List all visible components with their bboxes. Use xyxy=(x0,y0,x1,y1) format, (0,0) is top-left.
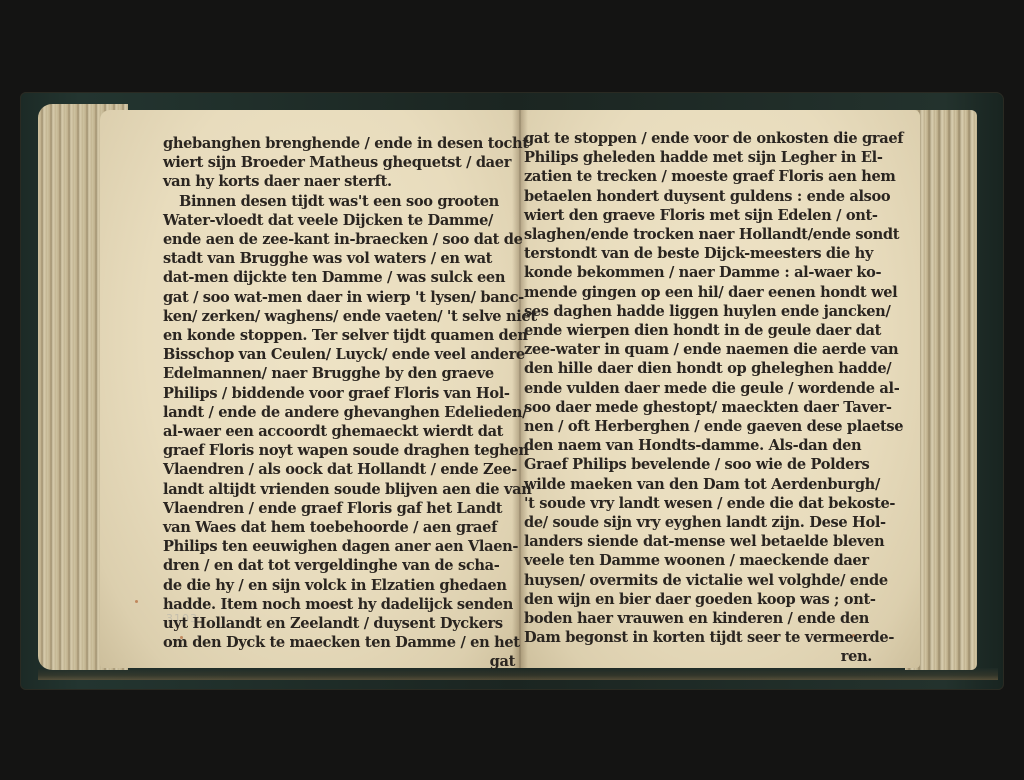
text-line: Philips / biddende voor graef Floris van… xyxy=(163,384,515,403)
text-line: Philips ten eeuwighen dagen aner aen Vla… xyxy=(163,537,515,556)
text-line: Dam begonst in korten tijdt seer te verm… xyxy=(524,628,872,647)
text-line: van hy korts daer naer sterft. xyxy=(163,172,515,191)
text-line: Water-vloedt dat veele Dijcken te Damme/ xyxy=(163,211,515,230)
text-line: ses daghen hadde liggen huylen ende janc… xyxy=(524,302,872,321)
text-line: de/ soude sijn vry eyghen landt zijn. De… xyxy=(524,513,872,532)
text-line: mende gingen op een hil/ daer eenen hond… xyxy=(524,283,872,302)
text-line: betaelen hondert duysent guldens : ende … xyxy=(524,187,872,206)
text-line: veele ten Damme woonen / maeckende daer xyxy=(524,551,872,570)
text-line: Binnen desen tijdt was't een soo grooten xyxy=(163,192,515,211)
text-line: landt altijdt vrienden soude blijven aen… xyxy=(163,480,515,499)
text-line: Graef Philips bevelende / soo wie de Pol… xyxy=(524,455,872,474)
text-line: landt / ende de andere ghevanghen Edelie… xyxy=(163,403,515,422)
text-line: dren / en dat tot vergeldinghe van de sc… xyxy=(163,556,515,575)
catchword: ren. xyxy=(524,647,872,666)
text-line: ende aen de zee-kant in-braecken / soo d… xyxy=(163,230,515,249)
text-line: Bisschop van Ceulen/ Luyck/ ende veel an… xyxy=(163,345,515,364)
text-line: slaghen/ende trocken naer Hollandt/ende … xyxy=(524,225,872,244)
text-line: den hille daer dien hondt op gheleghen h… xyxy=(524,359,872,378)
text-line: graef Floris noyt wapen soude draghen te… xyxy=(163,441,515,460)
text-line: wiert sijn Broeder Matheus ghequetst / d… xyxy=(163,153,515,172)
left-page-text: ghebanghen brenghende / ende in desen to… xyxy=(163,134,515,672)
text-line: den wijn en bier daer goeden koop was ; … xyxy=(524,590,872,609)
text-line: ende vulden daer mede die geule / worden… xyxy=(524,379,872,398)
text-line: van Waes dat hem toebehoorde / aen graef xyxy=(163,518,515,537)
text-line: soo daer mede ghestopt/ maeckten daer Ta… xyxy=(524,398,872,417)
text-line: om den Dyck te maecken ten Damme / en he… xyxy=(163,633,515,652)
text-line: de die hy / en sijn volck in Elzatien gh… xyxy=(163,576,515,595)
text-line: Vlaendren / ende graef Floris gaf het La… xyxy=(163,499,515,518)
text-line: wiert den graeve Floris met sijn Edelen … xyxy=(524,206,872,225)
text-line: dat-men dijckte ten Damme / was sulck ee… xyxy=(163,268,515,287)
text-line: huysen/ overmits de victalie wel volghde… xyxy=(524,571,872,590)
text-line: gat / soo wat-men daer in wierp 't lysen… xyxy=(163,288,515,307)
foxing-spot xyxy=(135,600,138,603)
text-line: Philips gheleden hadde met sijn Legher i… xyxy=(524,148,872,167)
text-line: al-waer een accoordt ghemaeckt wierdt da… xyxy=(163,422,515,441)
text-line: boden haer vrauwen en kinderen / ende de… xyxy=(524,609,872,628)
text-line: gat te stoppen / ende voor de onkosten d… xyxy=(524,129,872,148)
text-line: hadde. Item noch moest hy dadelijck send… xyxy=(163,595,515,614)
text-line: nen / oft Herberghen / ende gaeven dese … xyxy=(524,417,872,436)
right-page-text: gat te stoppen / ende voor de onkosten d… xyxy=(524,129,872,667)
text-line: 't soude vry landt wesen / ende die dat … xyxy=(524,494,872,513)
text-line: konde bekommen / naer Damme : al-waer ko… xyxy=(524,263,872,282)
text-line: landers siende dat-mense wel betaelde bl… xyxy=(524,532,872,551)
text-line: zee-water in quam / ende naemen die aerd… xyxy=(524,340,872,359)
text-line: ende wierpen dien hondt in de geule daer… xyxy=(524,321,872,340)
text-line: stadt van Brugghe was vol waters / en wa… xyxy=(163,249,515,268)
text-line: Edelmannen/ naer Brugghe by den graeve xyxy=(163,364,515,383)
text-line: den naem van Hondts-damme. Als-dan den xyxy=(524,436,872,455)
text-line: wilde maeken van den Dam tot Aerdenburgh… xyxy=(524,475,872,494)
text-line: uyt Hollandt en Zeelandt / duysent Dycke… xyxy=(163,614,515,633)
text-line: Vlaendren / als oock dat Hollandt / ende… xyxy=(163,460,515,479)
text-line: en konde stoppen. Ter selver tijdt quame… xyxy=(163,326,515,345)
text-line: ken/ zerken/ waghens/ ende vaeten/ 't se… xyxy=(163,307,515,326)
catchword: gat xyxy=(163,652,515,671)
text-line: ghebanghen brenghende / ende in desen to… xyxy=(163,134,515,153)
text-line: terstondt van de beste Dijck-meesters di… xyxy=(524,244,872,263)
text-line: zatien te trecken / moeste graef Floris … xyxy=(524,167,872,186)
